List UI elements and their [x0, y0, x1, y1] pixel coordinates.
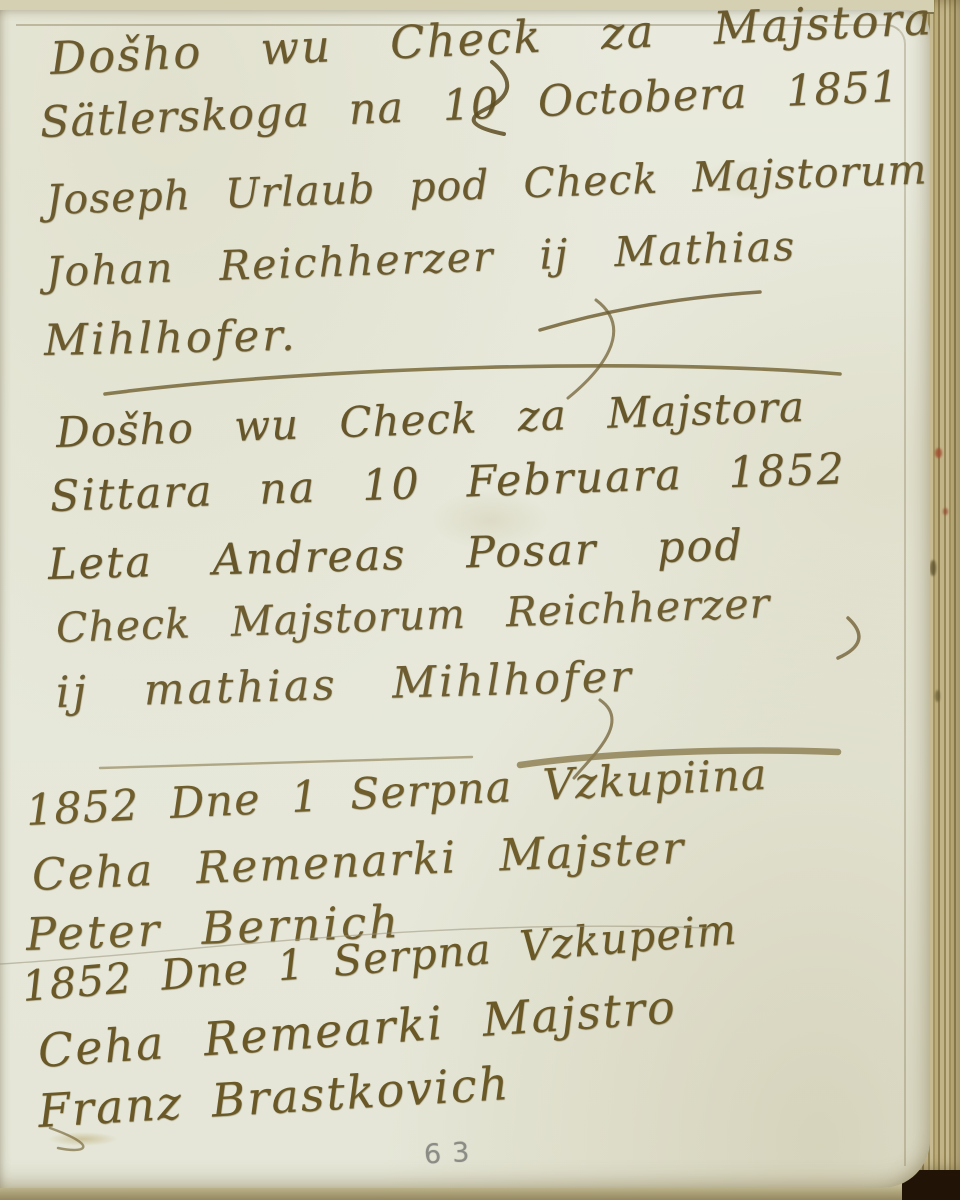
manuscript-scan: { "manuscript": { "page": { "number": "6…: [0, 0, 960, 1200]
page-number: 63: [423, 1137, 481, 1171]
edge-speck: [943, 508, 948, 515]
edge-speck: [930, 560, 936, 576]
edge-speck: [935, 690, 940, 702]
edge-speck: [935, 448, 942, 458]
handwritten-line: Mihlhofer.: [43, 311, 298, 366]
